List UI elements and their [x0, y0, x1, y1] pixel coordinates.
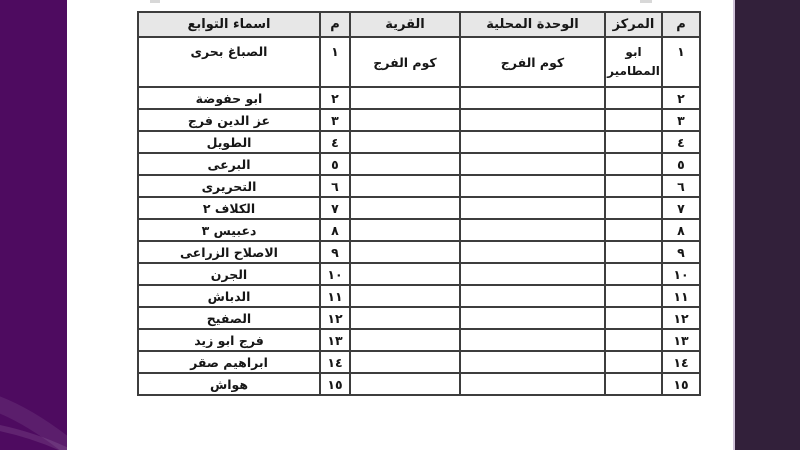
follower-name-cell: الصباغ بحرى: [138, 37, 320, 87]
serial-cell: ١١: [662, 285, 700, 307]
village-cell-empty: [350, 263, 460, 285]
serial-cell: ٩: [662, 241, 700, 263]
village-cell-empty: [350, 109, 460, 131]
local-unit-cell-empty: [460, 87, 605, 109]
center-cell-empty: [605, 175, 662, 197]
table-row-3: ٣ ٣ عز الدين فرج: [138, 109, 700, 131]
village-cell-empty: [350, 153, 460, 175]
table-row-12: ١٢ ١٢ الصفيح: [138, 307, 700, 329]
table-row-11: ١١ ١١ الدباش: [138, 285, 700, 307]
header-followers: اسماء التوابع: [138, 12, 320, 37]
follower-name-cell: ابو حفوضة: [138, 87, 320, 109]
table-row-15: ١٥ ١٥ هواش: [138, 373, 700, 395]
header-row: م المركز الوحدة المحلية القرية م اسماء ا…: [138, 12, 700, 37]
swoosh-decoration: [0, 0, 67, 450]
follower-name-cell: الاصلاح الزراعى: [138, 241, 320, 263]
serial2-cell: ٦: [320, 175, 350, 197]
follower-name-cell: هواش: [138, 373, 320, 395]
serial-cell: ١: [662, 37, 700, 87]
follower-name-cell: البرعى: [138, 153, 320, 175]
village-cell-empty: [350, 373, 460, 395]
follower-name-cell: الصفيح: [138, 307, 320, 329]
serial-cell: ١٣: [662, 329, 700, 351]
table-row-9: ٩ ٩ الاصلاح الزراعى: [138, 241, 700, 263]
village-cell: كوم الفرج: [350, 37, 460, 87]
serial-cell: ١٥: [662, 373, 700, 395]
local-unit-cell-empty: [460, 109, 605, 131]
follower-name-cell: التحريرى: [138, 175, 320, 197]
follower-name-cell: فرج ابو زيد: [138, 329, 320, 351]
local-unit-cell-empty: [460, 241, 605, 263]
serial2-cell: ١: [320, 37, 350, 87]
center-cell-empty: [605, 153, 662, 175]
serial-cell: ٦: [662, 175, 700, 197]
header-serial2: م: [320, 12, 350, 37]
village-cell-empty: [350, 131, 460, 153]
local-unit-cell-empty: [460, 153, 605, 175]
local-unit-cell-empty: [460, 131, 605, 153]
local-unit-cell: كوم الفرج: [460, 37, 605, 87]
serial2-cell: ٨: [320, 219, 350, 241]
follower-name-cell: الكلاف ٢: [138, 197, 320, 219]
village-cell-empty: [350, 329, 460, 351]
serial2-cell: ١٤: [320, 351, 350, 373]
center-cell-empty: [605, 219, 662, 241]
serial-cell: ٤: [662, 131, 700, 153]
header-village: القرية: [350, 12, 460, 37]
table-row-7: ٧ ٧ الكلاف ٢: [138, 197, 700, 219]
serial-cell: ٥: [662, 153, 700, 175]
village-cell-empty: [350, 307, 460, 329]
local-unit-cell-empty: [460, 197, 605, 219]
table-header: م المركز الوحدة المحلية القرية م اسماء ا…: [138, 12, 700, 37]
local-unit-cell-empty: [460, 351, 605, 373]
header-local-unit: الوحدة المحلية: [460, 12, 605, 37]
table-row-1: ١ ابو المطامير كوم الفرج كوم الفرج ١ الص…: [138, 37, 700, 87]
right-purple-band: [733, 0, 800, 450]
local-unit-cell-empty: [460, 175, 605, 197]
serial-cell: ١٤: [662, 351, 700, 373]
serial-cell: ٧: [662, 197, 700, 219]
table-row-6: ٦ ٦ التحريرى: [138, 175, 700, 197]
cutoff-artifact: [640, 0, 652, 3]
local-unit-cell-empty: [460, 329, 605, 351]
table-row-10: ١٠ ١٠ الجرن: [138, 263, 700, 285]
center-cell-empty: [605, 351, 662, 373]
follower-name-cell: الطويل: [138, 131, 320, 153]
village-cell-empty: [350, 197, 460, 219]
village-cell-empty: [350, 219, 460, 241]
center-cell-empty: [605, 131, 662, 153]
table-row-8: ٨ ٨ دعبيس ٣: [138, 219, 700, 241]
serial-cell: ٣: [662, 109, 700, 131]
center-cell-empty: [605, 373, 662, 395]
villages-table: م المركز الوحدة المحلية القرية م اسماء ا…: [137, 11, 701, 396]
table-body: ١ ابو المطامير كوم الفرج كوم الفرج ١ الص…: [138, 37, 700, 395]
left-purple-band: [0, 0, 67, 450]
slide-page: { "page": { "background": "#ffffff", "le…: [0, 0, 800, 450]
table-row-4: ٤ ٤ الطويل: [138, 131, 700, 153]
village-cell-empty: [350, 175, 460, 197]
table-row-5: ٥ ٥ البرعى: [138, 153, 700, 175]
serial2-cell: ٢: [320, 87, 350, 109]
center-cell-empty: [605, 329, 662, 351]
header-serial: م: [662, 12, 700, 37]
serial2-cell: ٣: [320, 109, 350, 131]
follower-name-cell: الدباش: [138, 285, 320, 307]
serial2-cell: ١١: [320, 285, 350, 307]
local-unit-cell-empty: [460, 307, 605, 329]
village-cell-empty: [350, 285, 460, 307]
center-cell-empty: [605, 241, 662, 263]
follower-name-cell: ابراهيم صقر: [138, 351, 320, 373]
follower-name-cell: عز الدين فرج: [138, 109, 320, 131]
serial2-cell: ١٠: [320, 263, 350, 285]
header-center: المركز: [605, 12, 662, 37]
center-cell-empty: [605, 109, 662, 131]
follower-name-cell: دعبيس ٣: [138, 219, 320, 241]
village-cell-empty: [350, 87, 460, 109]
serial2-cell: ١٢: [320, 307, 350, 329]
cutoff-artifact: [150, 0, 160, 3]
serial2-cell: ٥: [320, 153, 350, 175]
serial2-cell: ٧: [320, 197, 350, 219]
local-unit-cell-empty: [460, 373, 605, 395]
local-unit-cell-empty: [460, 263, 605, 285]
table-row-14: ١٤ ١٤ ابراهيم صقر: [138, 351, 700, 373]
table-row-2: ٢ ٢ ابو حفوضة: [138, 87, 700, 109]
center-cell-empty: [605, 263, 662, 285]
village-cell-empty: [350, 351, 460, 373]
serial2-cell: ١٥: [320, 373, 350, 395]
local-unit-cell-empty: [460, 219, 605, 241]
center-cell-empty: [605, 307, 662, 329]
table-row-13: ١٣ ١٣ فرج ابو زيد: [138, 329, 700, 351]
serial2-cell: ١٣: [320, 329, 350, 351]
follower-name-cell: الجرن: [138, 263, 320, 285]
center-cell: ابو المطامير: [605, 37, 662, 87]
serial-cell: ١٢: [662, 307, 700, 329]
serial-cell: ١٠: [662, 263, 700, 285]
center-cell-empty: [605, 197, 662, 219]
serial-cell: ٢: [662, 87, 700, 109]
center-cell-empty: [605, 87, 662, 109]
local-unit-cell-empty: [460, 285, 605, 307]
serial-cell: ٨: [662, 219, 700, 241]
village-cell-empty: [350, 241, 460, 263]
serial2-cell: ٩: [320, 241, 350, 263]
serial2-cell: ٤: [320, 131, 350, 153]
center-cell-empty: [605, 285, 662, 307]
